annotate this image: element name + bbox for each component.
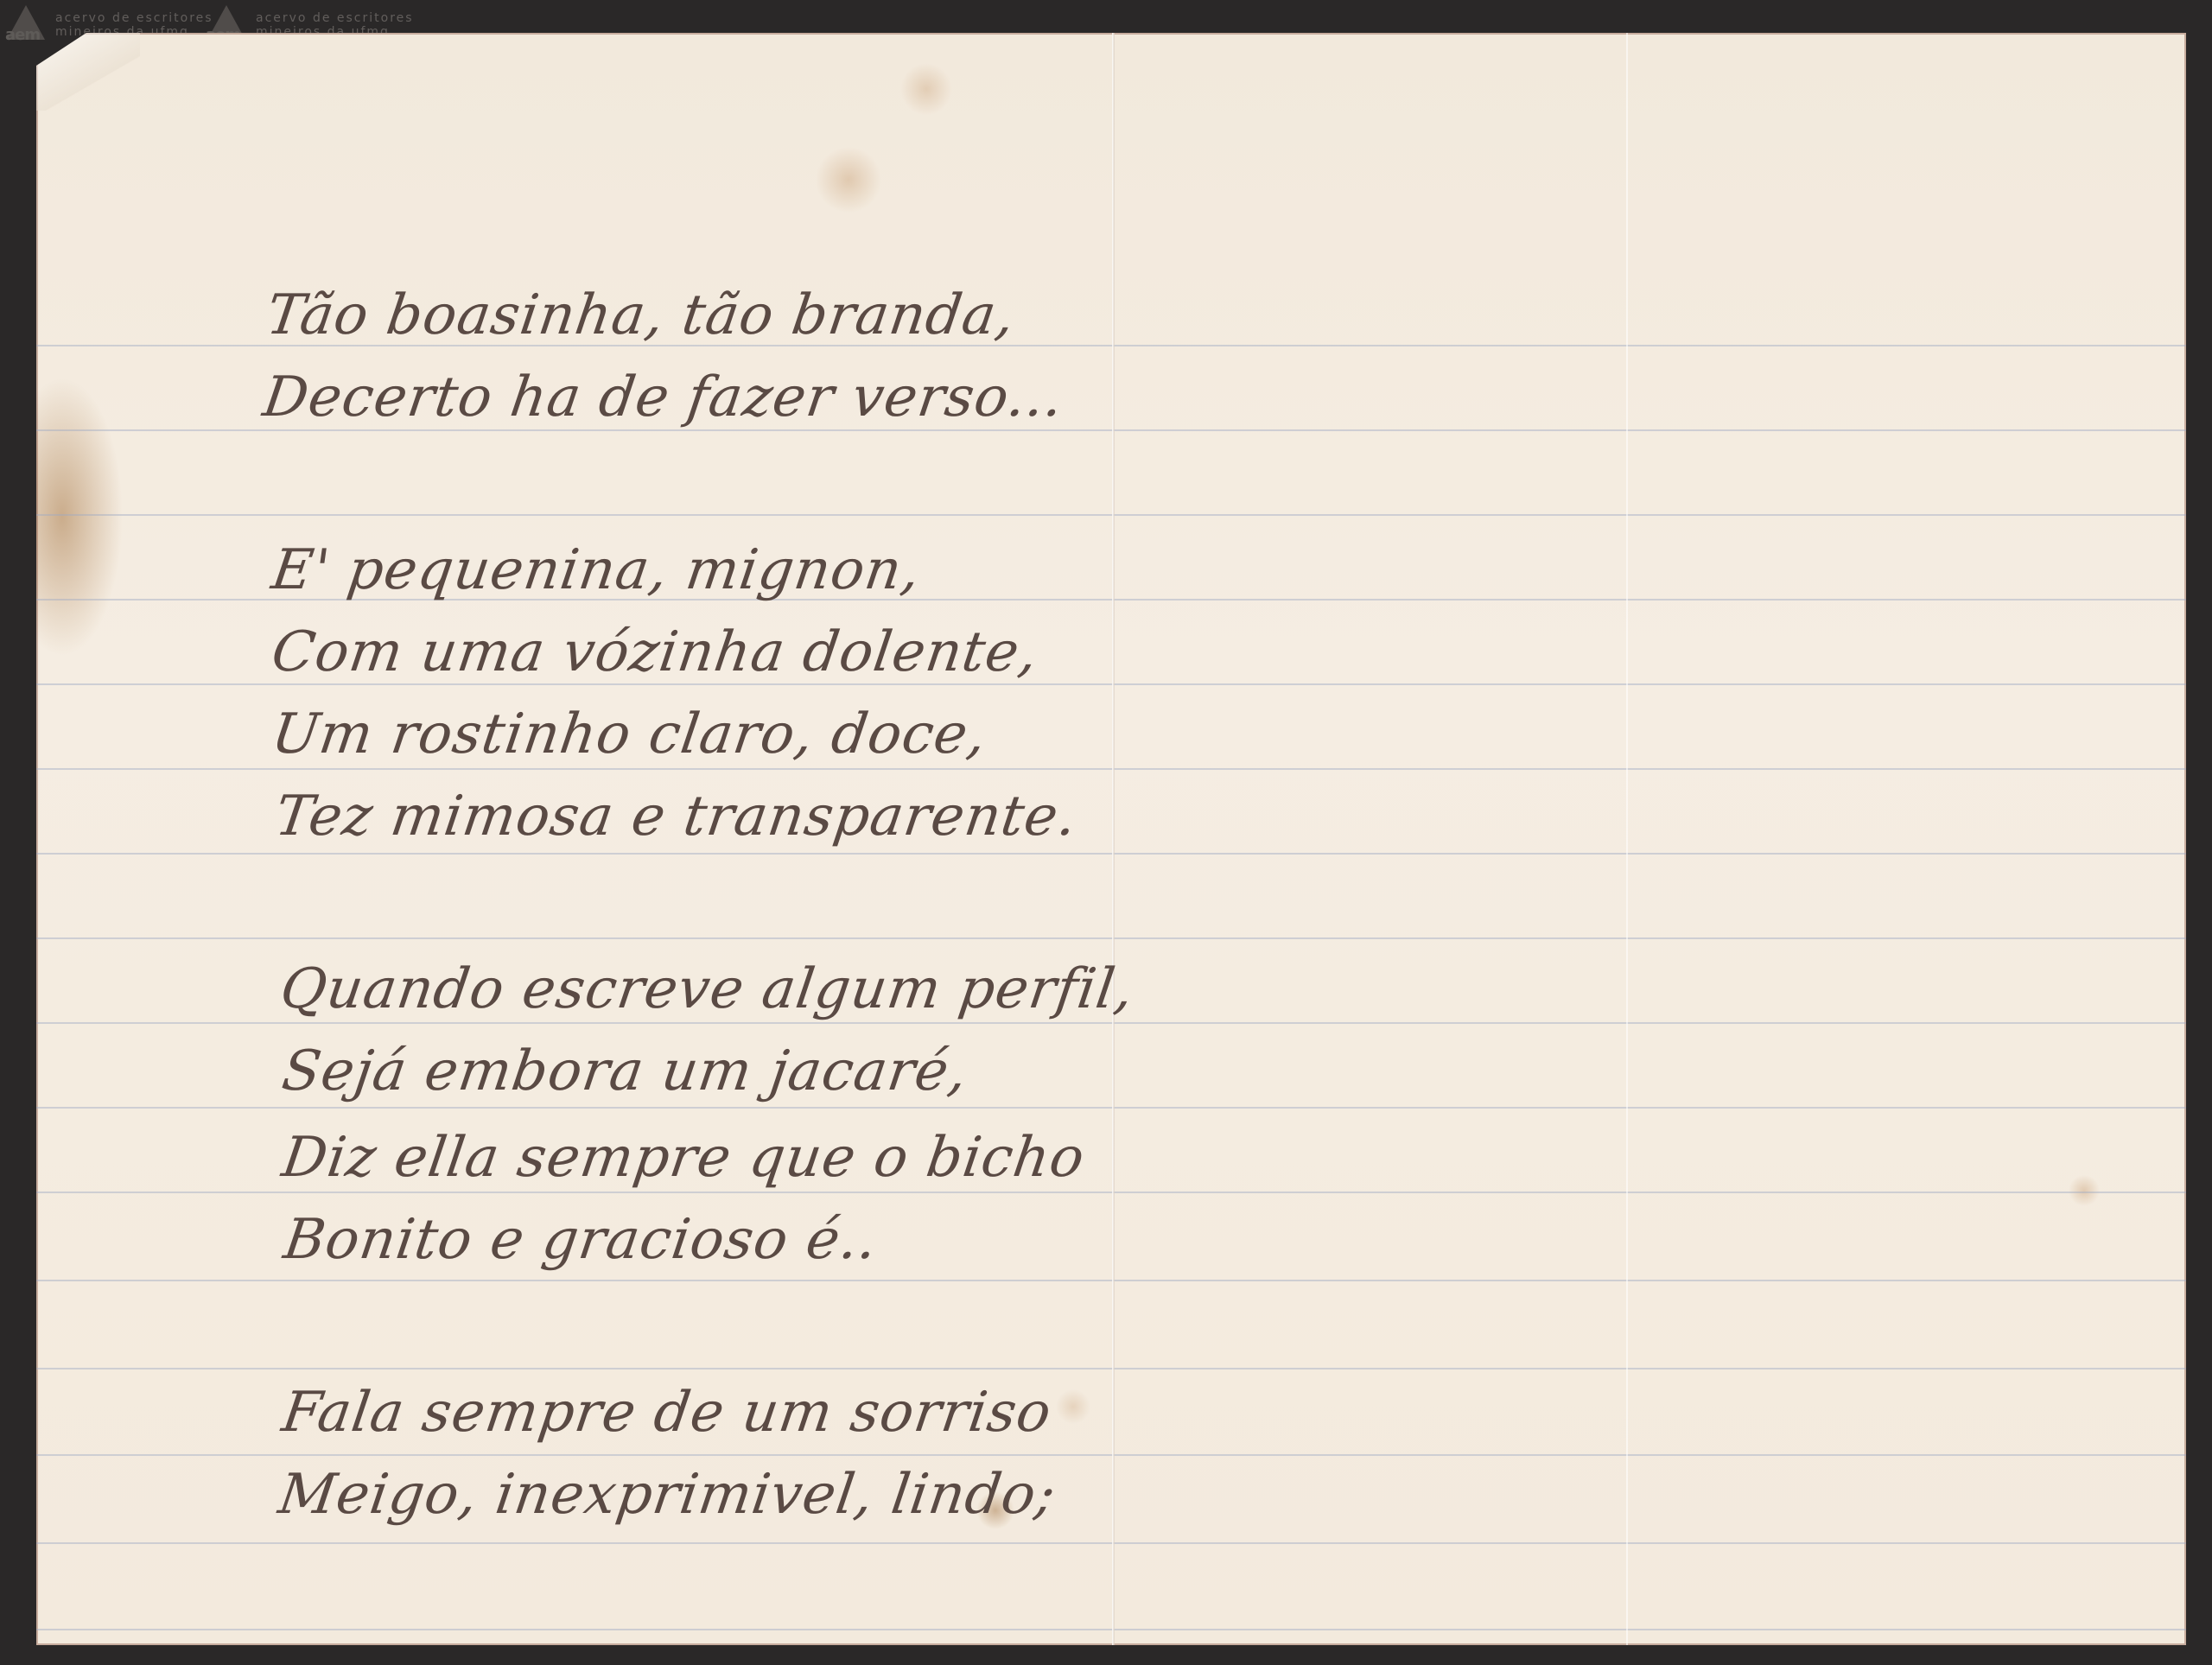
verse-line: Sejá embora um jacaré, [278, 1039, 972, 1103]
verse-line: E' pequenina, mignon, [268, 538, 925, 602]
verse-line: Fala sempre de um sorriso [278, 1381, 1056, 1445]
verse-line: Com uma vózinha dolente, [268, 620, 1042, 684]
verse-line: Meigo, inexprimivel, lindo; [275, 1463, 1060, 1527]
verse-line: Tão boasinha, tão branda, [263, 283, 1020, 347]
verse-line: Diz ella sempre que o bicho [278, 1126, 1089, 1190]
watermark-line-1: acervo de escritores [55, 11, 213, 25]
poem: Tão boasinha, tão branda, Decerto ha de … [36, 33, 2186, 1645]
verse-line: Um rostinho claro, doce, [268, 702, 991, 766]
aem-logo-icon: aem [3, 5, 48, 45]
verse-line: Tez mimosa e transparente. [271, 785, 1081, 848]
verse-line: Decerto ha de fazer verso... [259, 365, 1068, 429]
watermark-line-1: acervo de escritores [256, 11, 414, 25]
verse-line: Bonito e gracioso é.. [280, 1208, 881, 1272]
manuscript-page: Tão boasinha, tão branda, Decerto ha de … [36, 33, 2186, 1645]
verse-line: Quando escreve algum perfil, [276, 957, 1138, 1021]
